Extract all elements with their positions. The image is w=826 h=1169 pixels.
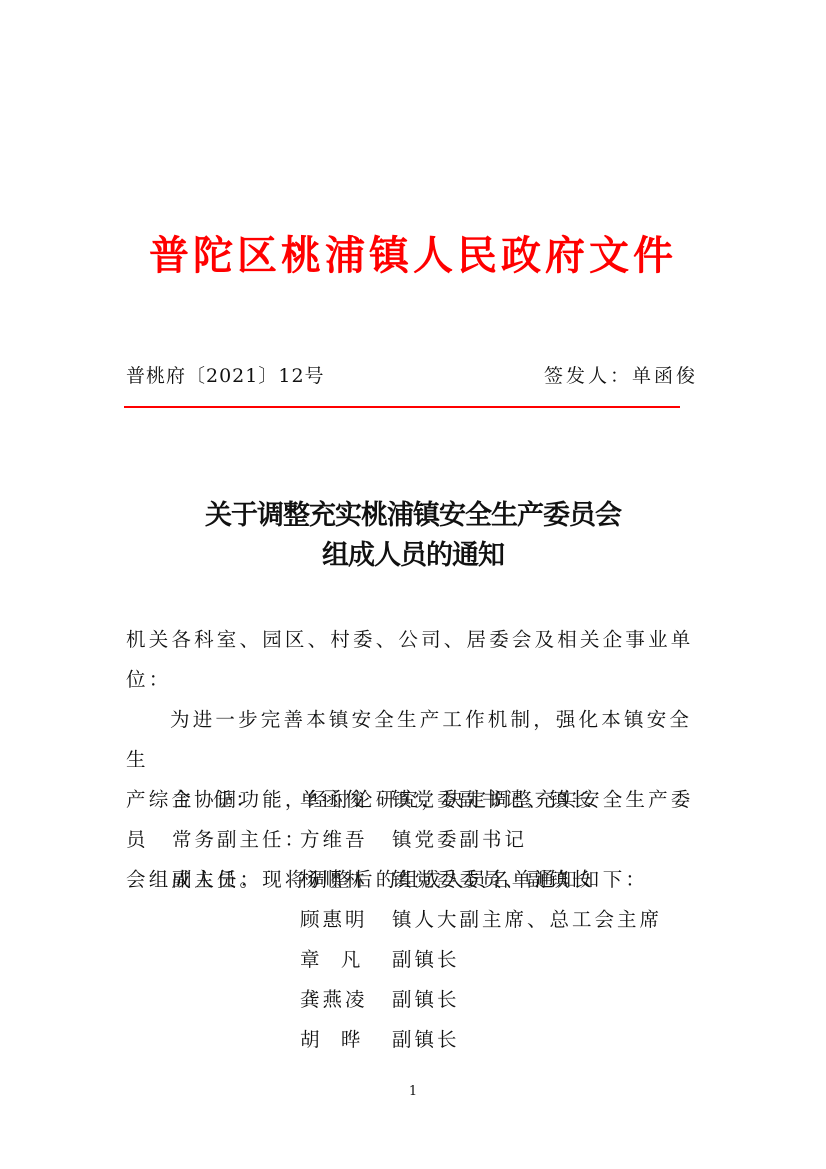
roster-row: 常务副主任： 方维吾 镇党委副书记 bbox=[172, 820, 662, 860]
roster-position: 镇党委副书记、镇长 bbox=[392, 780, 595, 820]
roster-role: 常务副主任： bbox=[172, 820, 300, 860]
roster-name: 杨顺林 bbox=[300, 860, 392, 900]
notice-title-line-1: 关于调整充实桃浦镇安全生产委员会 bbox=[0, 496, 826, 536]
roster-position: 副镇长 bbox=[392, 980, 460, 1020]
roster-row: 龚燕凌 副镇长 bbox=[172, 980, 662, 1020]
roster-name: 单函俊 bbox=[300, 780, 392, 820]
roster-row: 副主任： 杨顺林 镇党委委员、副镇长 bbox=[172, 860, 662, 900]
signer: 签发人：单函俊 bbox=[544, 362, 698, 390]
roster-name: 方维吾 bbox=[300, 820, 392, 860]
page-number: 1 bbox=[0, 1084, 826, 1099]
issuing-authority-title: 普陀区桃浦镇人民政府文件 bbox=[0, 228, 826, 284]
member-roster: 主 任： 单函俊 镇党委副书记、镇长 常务副主任： 方维吾 镇党委副书记 副主任… bbox=[172, 780, 662, 1060]
roster-name: 龚燕凌 bbox=[300, 980, 392, 1020]
roster-role: 主 任： bbox=[172, 780, 300, 820]
notice-title-line-2: 组成人员的通知 bbox=[0, 536, 826, 576]
roster-row: 胡 晔 副镇长 bbox=[172, 1020, 662, 1060]
roster-role bbox=[172, 980, 300, 1020]
addressee: 机关各科室、园区、村委、公司、居委会及相关企事业单位： bbox=[126, 620, 706, 700]
document-page: 普陀区桃浦镇人民政府文件 普桃府〔2021〕12号 签发人：单函俊 关于调整充实… bbox=[0, 0, 826, 1169]
roster-row: 章 凡 副镇长 bbox=[172, 940, 662, 980]
paragraph-line-1: 为进一步完善本镇安全生产工作机制，强化本镇安全生 bbox=[126, 700, 706, 780]
roster-position: 副镇长 bbox=[392, 1020, 460, 1060]
roster-role bbox=[172, 1020, 300, 1060]
notice-title: 关于调整充实桃浦镇安全生产委员会 组成人员的通知 bbox=[0, 496, 826, 576]
roster-name: 胡 晔 bbox=[300, 1020, 392, 1060]
roster-position: 镇党委委员、副镇长 bbox=[392, 860, 595, 900]
roster-role: 副主任： bbox=[172, 860, 300, 900]
roster-name: 章 凡 bbox=[300, 940, 392, 980]
roster-row: 顾惠明 镇人大副主席、总工会主席 bbox=[172, 900, 662, 940]
document-number: 普桃府〔2021〕12号 bbox=[126, 362, 325, 390]
roster-position: 镇人大副主席、总工会主席 bbox=[392, 900, 662, 940]
roster-position: 镇党委副书记 bbox=[392, 820, 527, 860]
roster-name: 顾惠明 bbox=[300, 900, 392, 940]
roster-position: 副镇长 bbox=[392, 940, 460, 980]
roster-role bbox=[172, 900, 300, 940]
red-divider bbox=[124, 406, 680, 408]
roster-role bbox=[172, 940, 300, 980]
roster-row: 主 任： 单函俊 镇党委副书记、镇长 bbox=[172, 780, 662, 820]
